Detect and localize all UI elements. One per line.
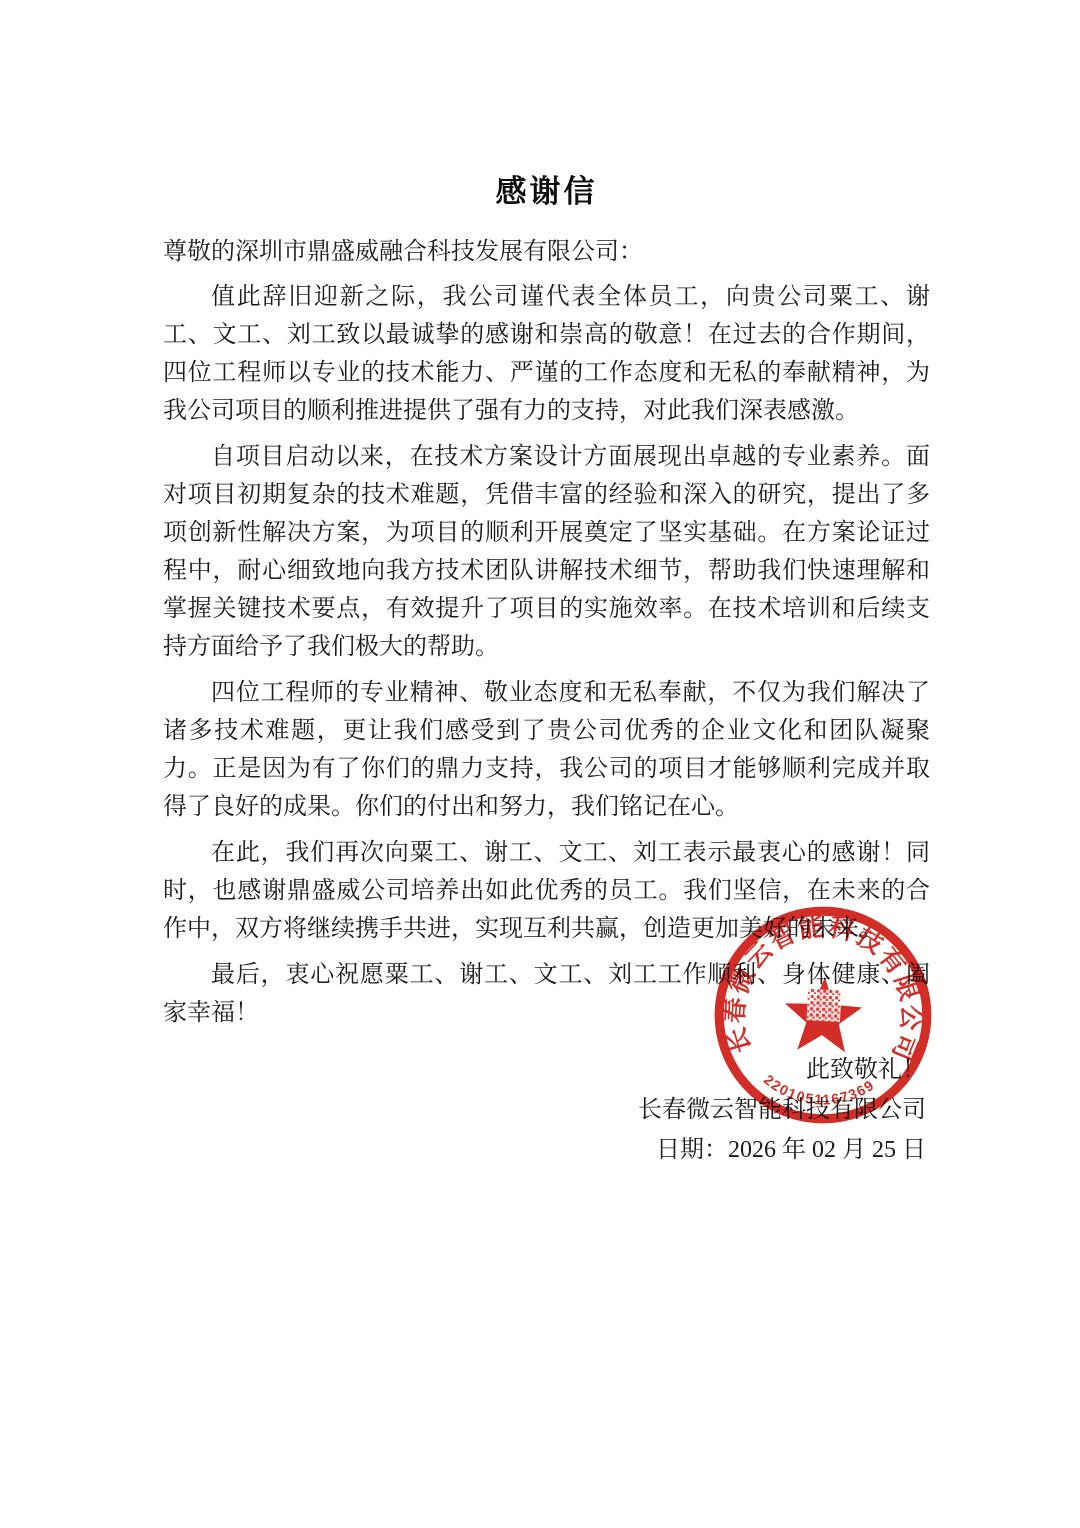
- letter-body: 感谢信 尊敬的深圳市鼎盛威融合科技发展有限公司： 值此辞旧迎新之际，我公司谨代表…: [163, 166, 930, 1170]
- page-title: 感谢信: [163, 166, 930, 211]
- paragraph: 值此辞旧迎新之际，我公司谨代表全体员工，向贵公司粟工、谢工、文工、刘工致以最诚挚…: [163, 278, 930, 430]
- closing-block: 此致敬礼！ 长春微云智能科技有限公司 日期：2026 年 02 月 25 日: [163, 1050, 930, 1170]
- paragraph: 自项目启动以来，在技术方案设计方面展现出卓越的专业素养。面对项目初期复杂的技术难…: [163, 438, 930, 666]
- salutation: 尊敬的深圳市鼎盛威融合科技发展有限公司：: [163, 233, 930, 271]
- closing-date: 日期：2026 年 02 月 25 日: [163, 1130, 926, 1170]
- letter-page: 感谢信 尊敬的深圳市鼎盛威融合科技发展有限公司： 值此辞旧迎新之际，我公司谨代表…: [0, 0, 1080, 1528]
- paragraph: 在此，我们再次向粟工、谢工、文工、刘工表示最衷心的感谢！同时，也感谢鼎盛威公司培…: [163, 834, 930, 948]
- paragraph: 最后，衷心祝愿粟工、谢工、文工、刘工工作顺利、身体健康、阖家幸福！: [163, 956, 930, 1032]
- closing-company: 长春微云智能科技有限公司: [163, 1090, 926, 1130]
- paragraph: 四位工程师的专业精神、敬业态度和无私奉献，不仅为我们解决了诸多技术难题，更让我们…: [163, 674, 930, 826]
- closing-salute: 此致敬礼！: [163, 1050, 926, 1090]
